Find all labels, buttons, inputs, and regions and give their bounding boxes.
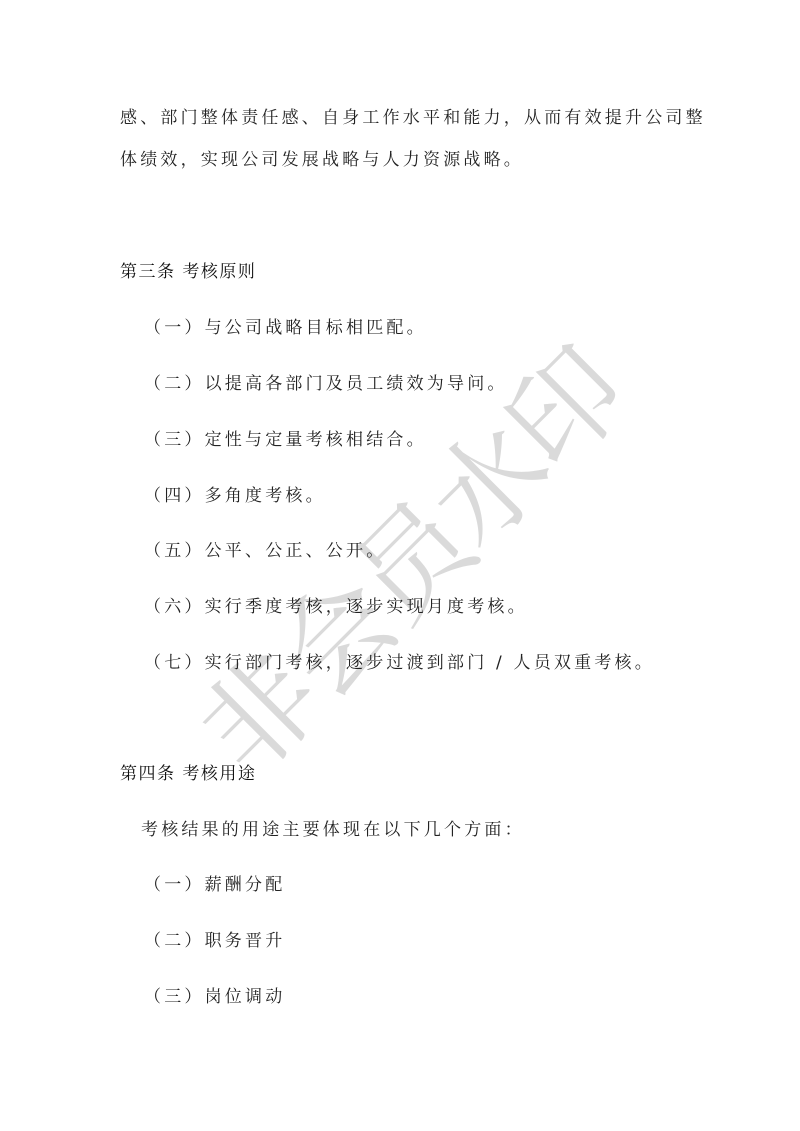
article3-item-6: （六）实行季度考核，逐步实现月度考核。 — [144, 597, 528, 617]
article4-item-3: （三）岗位调动 — [144, 987, 285, 1007]
article3-item-3: （三）定性与定量考核相结合。 — [144, 430, 427, 450]
article4-intro: 考核结果的用途主要体现在以下几个方面： — [141, 820, 525, 840]
intro-line-1: 感、部门整体责任感、自身工作水平和能力，从而有效提升公司整 — [120, 108, 706, 128]
article4-heading: 第四条 考核用途 — [120, 764, 256, 784]
article3-item-1: （一）与公司战略目标相匹配。 — [144, 318, 427, 338]
article3-item-5: （五）公平、公正、公开。 — [144, 541, 386, 561]
intro-line-2: 体绩效，实现公司发展战略与人力资源战略。 — [120, 150, 524, 170]
article3-item-7: （七）实行部门考核，逐步过渡到部门 / 人员双重考核。 — [144, 653, 655, 673]
article4-item-1: （一）薪酬分配 — [144, 875, 285, 895]
text-layer: 感、部门整体责任感、自身工作水平和能力，从而有效提升公司整 体绩效，实现公司发展… — [0, 0, 800, 1131]
article3-heading: 第三条 考核原则 — [120, 262, 256, 282]
article3-item-2: （二）以提高各部门及员工绩效为导问。 — [144, 374, 508, 394]
article4-item-2: （二）职务晋升 — [144, 931, 285, 951]
document-page: 非会员水印 感、部门整体责任感、自身工作水平和能力，从而有效提升公司整 体绩效，… — [0, 0, 800, 1131]
article3-item-4: （四）多角度考核。 — [144, 486, 326, 506]
